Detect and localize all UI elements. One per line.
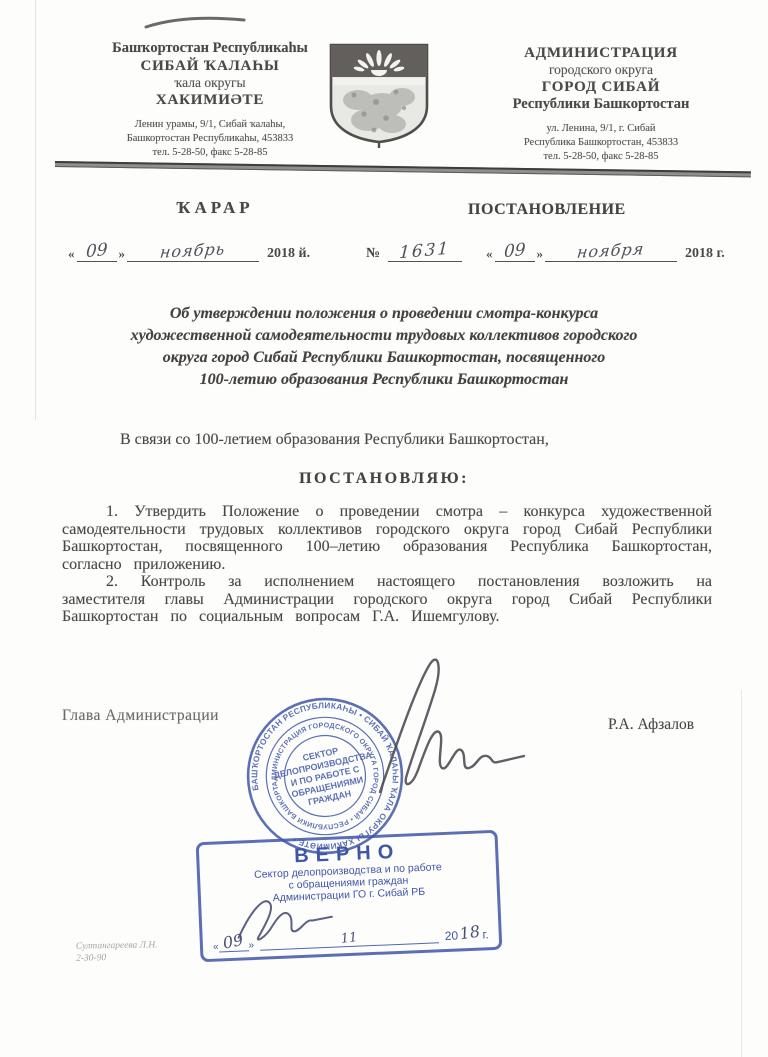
address-left-1: Ленин урамы, 9/1, Сибай ҡалаһы,	[68, 118, 352, 131]
handwritten-month: ноябрь	[159, 239, 227, 262]
executor-footer: Султангареева Л.Н. 2-30-90	[76, 940, 158, 964]
verno-day-line: 09	[218, 931, 249, 952]
handwritten-month: 11	[340, 930, 358, 947]
date-left-month-line: ноябрь	[127, 241, 259, 262]
signer-title: Глава Администрации	[62, 707, 219, 725]
doc-type-karar: ҠАРАР	[140, 198, 290, 218]
letterhead-right: АДМИНИСТРАЦИЯ городского округа ГОРОД СИ…	[444, 44, 758, 163]
org-name-bashkir-3: ҡала округы	[68, 75, 352, 91]
address-left-3: тел. 5-28-50, факс 5-28-85	[68, 146, 352, 159]
handwritten-day: 09	[222, 930, 245, 952]
address-right-1: ул. Ленина, 9/1, г. Сибай	[444, 122, 758, 135]
address-right-2: Республика Башкортостан, 453833	[444, 136, 758, 149]
scan-edge-line-right	[741, 690, 742, 1057]
handwritten-number: 1631	[399, 239, 451, 264]
verno-stamp: ВЕРНО Сектор делопроизводства и по работ…	[196, 830, 503, 963]
doc-title: Об утверждении положения о проведении см…	[64, 303, 704, 391]
body-paragraphs: 1. Утвердить Положение о проведении смот…	[62, 503, 712, 626]
verno-year-suffix: г.	[482, 927, 489, 941]
quote-close: »	[248, 940, 254, 951]
quote-close: »	[117, 246, 128, 262]
letterhead-left: Башҡортостан Республикаһы СИБАЙ ҠАЛАҺЫ ҡ…	[68, 40, 352, 159]
scan-edge-line-left	[35, 0, 36, 420]
year-label-russian: 2018 г.	[685, 246, 725, 262]
doc-title-line: округа город Сибай Республики Башкортост…	[64, 347, 704, 369]
doc-number: № 1631	[366, 230, 462, 262]
quote-close: »	[535, 246, 546, 262]
org-name-rus-4: Республики Башкортостан	[444, 96, 758, 113]
executor-name: Султангареева Л.Н.	[76, 940, 158, 953]
quote-open: «	[66, 246, 77, 262]
verno-year-prefix: 20	[444, 928, 458, 943]
coat-of-arms	[324, 40, 434, 150]
scanned-document-page: Башҡортостан Республикаһы СИБАЙ ҠАЛАҺЫ ҡ…	[0, 0, 768, 1057]
quote-open: «	[484, 246, 495, 262]
date-right-day-line: 09	[495, 241, 535, 262]
resolve-heading: ПОСТАНОВЛЯЮ:	[0, 470, 768, 488]
signer-name: Р.А. Афзалов	[608, 716, 694, 734]
executor-phone: 2-30-90	[76, 952, 158, 965]
doc-title-line: 100-летию образования Республики Башкорт…	[64, 369, 704, 391]
doc-title-line: Об утверждении положения о проведении см…	[64, 303, 704, 325]
paragraph-1: 1. Утвердить Положение о проведении смот…	[62, 503, 712, 573]
paragraph-2: 2. Контроль за исполнением настоящего по…	[62, 573, 712, 626]
date-right-month-line: ноября	[545, 241, 677, 262]
date-left-day-line: 09	[77, 241, 117, 262]
handwritten-day: 09	[85, 240, 107, 262]
verno-month-line: 11	[260, 927, 439, 950]
number-line: 1631	[388, 241, 462, 262]
org-name-bashkir-4: ХАКИМИӘТЕ	[68, 91, 352, 109]
address-left-2: Башкортостан Республикаһы, 453833	[68, 132, 352, 145]
date-right: « 09 » ноября 2018 г.	[484, 230, 725, 262]
org-name-bashkir-2: СИБАЙ ҠАЛАҺЫ	[68, 57, 352, 75]
handwritten-month: ноября	[576, 239, 646, 262]
pen-mark	[140, 10, 252, 34]
org-name-rus-1: АДМИНИСТРАЦИЯ	[444, 44, 758, 62]
handwritten-day: 09	[503, 240, 525, 262]
doc-type-postanovlenie: ПОСТАНОВЛЕНИЕ	[468, 201, 678, 219]
letterhead-divider-rule	[55, 161, 751, 177]
intro-paragraph: В связи со 100-летием образования Респуб…	[120, 431, 720, 449]
org-name-rus-3: ГОРОД СИБАЙ	[444, 78, 758, 96]
number-sign: №	[366, 246, 380, 262]
year-label-bashkir: 2018 й.	[267, 246, 310, 262]
signature-flourish	[360, 652, 530, 802]
doc-title-line: художественной самодеятельности трудовых…	[64, 325, 704, 347]
date-left: « 09 » ноябрь 2018 й.	[66, 230, 310, 262]
org-name-rus-2: городского округа	[444, 62, 758, 78]
address-right-3: тел. 5-28-50, факс 5-28-85	[444, 150, 758, 163]
org-name-bashkir-1: Башҡортостан Республикаһы	[68, 40, 352, 57]
handwritten-year: 18	[459, 922, 482, 944]
